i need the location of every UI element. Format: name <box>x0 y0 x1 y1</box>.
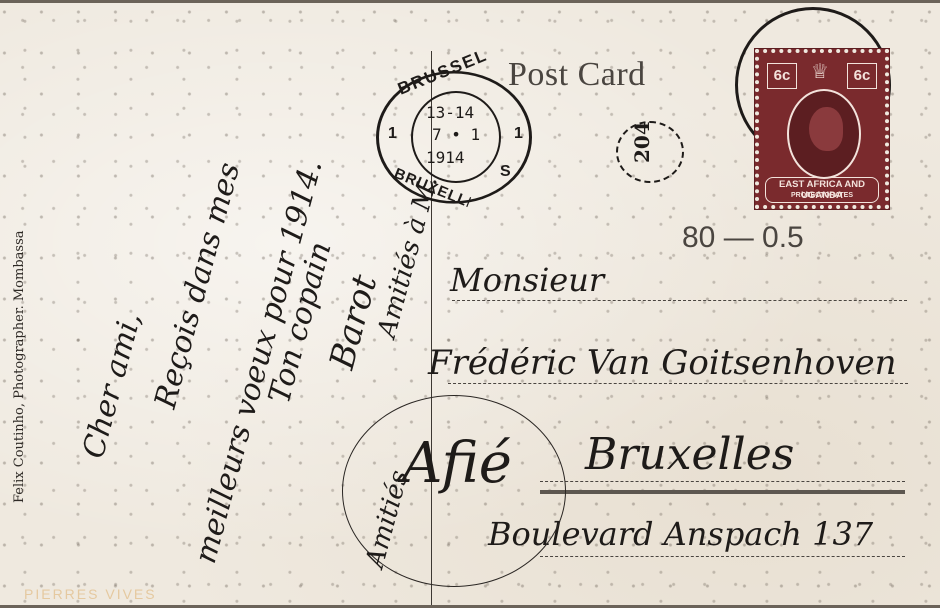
publisher-credit: Felix Coutinho, Photographer. Mombassa <box>12 231 27 504</box>
postmark-side-left: 1 <box>388 125 397 143</box>
message-line-6: Amitiés à M. <box>372 173 444 341</box>
stamp-protectorates-label: PROTECTORATES <box>759 192 885 199</box>
address-city: Bruxelles <box>585 429 794 480</box>
postmark-suffix: S <box>500 163 511 181</box>
address-line-4 <box>540 556 905 557</box>
card-title: Post Card <box>508 56 646 94</box>
address-line-1 <box>452 300 907 301</box>
postmark-date: 7 • 1 <box>432 125 480 144</box>
address-line-3-underline <box>540 490 905 494</box>
stamp-portrait-oval <box>787 89 861 179</box>
postmark-side-right: 1 <box>514 125 523 143</box>
message-line-2: Reçois dans mes <box>148 159 247 412</box>
postcard-back: Post Card Felix Coutinho, Photographer. … <box>0 0 940 608</box>
address-recipient-name: Frédéric Van Goitsenhoven <box>428 343 896 383</box>
stamp-country-label: EAST AFRICA AND UGANDA <box>765 177 879 203</box>
pencil-note: 80 — 0.5 <box>682 221 804 255</box>
stamp-value-right: 6c <box>847 63 877 89</box>
oval-number-text: 204 <box>630 121 654 163</box>
postage-stamp: 6c 6c ♕ EAST AFRICA AND UGANDA PROTECTOR… <box>755 49 889 209</box>
postmark-time: 13-14 <box>426 103 474 122</box>
address-line-2 <box>448 383 908 384</box>
postmark-year: 1914 <box>426 148 465 167</box>
king-portrait-icon <box>809 107 843 151</box>
message-line-1: Cher ami, <box>76 309 148 462</box>
watermark: PIERRES VIVES <box>24 586 157 602</box>
stamp-value-left: 6c <box>767 63 797 89</box>
crown-icon: ♕ <box>811 59 829 84</box>
circled-mark-text: Afié <box>402 431 512 496</box>
address-salutation: Monsieur <box>450 261 604 299</box>
address-line-3 <box>540 481 905 482</box>
